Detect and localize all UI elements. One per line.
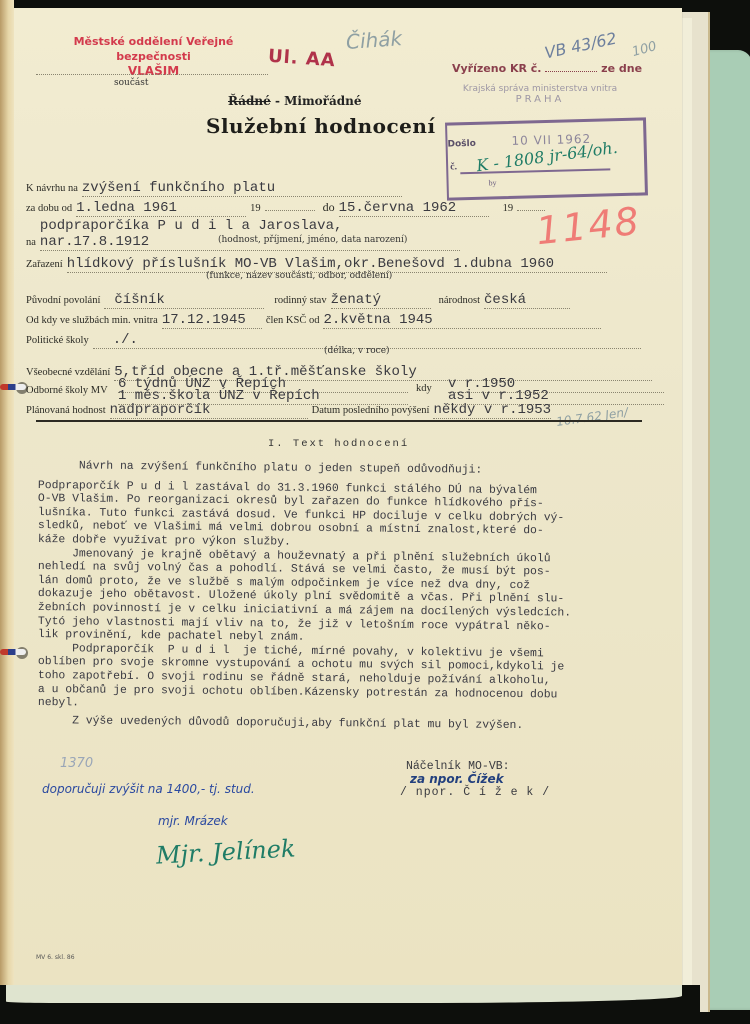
ul-mark: Ul. AA — [267, 46, 336, 72]
mv-schools-label: Odborné školy MV — [26, 385, 108, 396]
evaluation-text: Návrh na zvýšení funkčního platu o jeden… — [38, 460, 571, 728]
assignment-label: Zařazení — [26, 259, 63, 270]
document-title: Služební hodnocení — [206, 114, 436, 138]
unit-stamp: Městské oddělení Veřejné bezpečnosti VLA… — [46, 34, 261, 79]
page-bottom-edge — [0, 985, 700, 1024]
chief-name: / npor. Č í ž e k / — [400, 786, 550, 799]
unit-line — [36, 74, 268, 75]
nationality-value: česká — [484, 292, 570, 309]
service-value: 17.12.1945 — [162, 312, 262, 329]
field-proposal: K návrhu na zvýšení funkčního platu — [26, 178, 446, 197]
marital-label: rodinný stav — [274, 295, 326, 306]
occupation-label: Původní povolání — [26, 295, 100, 306]
unit-caption: součást — [114, 78, 148, 88]
handwritten-recommendation: doporučuji zvýšit na 1400,- tj. stud. — [42, 782, 255, 796]
person-prefix: na — [26, 237, 36, 248]
planned-rank-value: nadpraporčík — [110, 402, 308, 419]
field-occupation-row: Původní povolání číšník rodinný stav žen… — [26, 290, 666, 309]
assignment-caption: (funkce, název součásti, odbor, oddělení… — [206, 271, 392, 281]
pencil-note-top: Čihák — [345, 26, 403, 54]
red-file-number: 1148 — [534, 199, 643, 254]
evaluation-line: Návrh na zvýšení funkčního platu o jeden… — [38, 460, 571, 479]
type-separator: - — [275, 94, 280, 108]
resolved-stamp: Vyřízeno KR č. ze dne — [452, 62, 642, 75]
planned-rank-label: Plánovaná hodnost — [26, 405, 106, 416]
unit-stamp-line2: VLAŠIM — [46, 64, 261, 79]
political-caption: (délka, v roce) — [324, 346, 390, 356]
ksc-value: 2.května 1945 — [323, 312, 601, 329]
proposal-label: K návrhu na — [26, 183, 78, 194]
section-title: I. Text hodnocení — [268, 438, 409, 450]
type-regular-struck: Řádné — [228, 94, 271, 108]
section-divider — [36, 420, 642, 422]
period-year-prefix-b: 19 — [503, 203, 514, 214]
type-extraordinary: Mimořádné — [284, 94, 361, 108]
binding-spine — [0, 0, 14, 1024]
received-stamp-box: Došlo 10 VII 1962 č. K - 1808 jr-64/oh. … — [445, 117, 648, 200]
evaluation-type: Řádné - Mimořádné — [228, 94, 362, 108]
received-label: Došlo — [447, 139, 476, 150]
political-label: Politické školy — [26, 335, 89, 346]
chief-handsign: za npor. Čížek — [410, 772, 504, 786]
unit-stamp-line1: Městské oddělení Veřejné bezpečnosti — [46, 34, 261, 64]
pencil-amount: 1370 — [60, 756, 93, 771]
handwritten-rank: mjr. Mrázek — [158, 814, 228, 828]
marital-value: ženatý — [331, 292, 431, 309]
last-promotion-value: někdy v r.1953 — [433, 402, 551, 419]
evaluation-line: Z výše uvedených důvodů doporučuji,aby f… — [38, 715, 571, 734]
received-by-label: by — [488, 178, 496, 187]
service-label: Od kdy ve službách min. vnitra — [26, 315, 158, 326]
occupation-value: číšník — [104, 292, 264, 309]
corner-number: 100 — [630, 39, 658, 60]
received-authority: Krajská správa ministerstva vnitra — [442, 84, 638, 94]
form-code: MV 6. skl. 86 — [36, 954, 75, 961]
received-city: PRAHA — [442, 94, 638, 105]
binding-string — [0, 649, 26, 655]
when-label: kdy — [416, 383, 432, 394]
received-ref-label: č. — [450, 161, 457, 172]
resolved-date-label: ze dne — [601, 62, 642, 75]
document-page: Městské oddělení Veřejné bezpečnosti VLA… — [6, 8, 682, 993]
nationality-label: národnost — [439, 295, 480, 306]
resolved-number: VB 43/62 — [543, 29, 618, 63]
period-to-label: do — [323, 200, 335, 214]
binding-string — [0, 384, 26, 390]
received-header: Krajská správa ministerstva vnitra PRAHA — [442, 84, 638, 105]
green-signature: Mjr. Jelínek — [155, 834, 296, 869]
period-year-prefix-a: 19 — [250, 203, 261, 214]
education-label: Všeobecné vzdělání — [26, 367, 110, 378]
period-from: 1.ledna 1961 — [76, 200, 246, 217]
ksc-label: člen KSČ od — [266, 315, 320, 326]
resolved-label: Vyřízeno KR č. — [452, 62, 541, 75]
period-to: 15.června 1962 — [339, 200, 489, 217]
proposal-value: zvýšení funkčního platu — [82, 180, 402, 197]
last-promotion-label: Datum posledního povýšení — [312, 405, 430, 416]
field-service-row: Od kdy ve službách min. vnitra 17.12.194… — [26, 310, 666, 329]
period-label: za dobu od — [26, 203, 72, 214]
person-caption: (hodnost, příjmení, jméno, data narození… — [218, 235, 407, 245]
